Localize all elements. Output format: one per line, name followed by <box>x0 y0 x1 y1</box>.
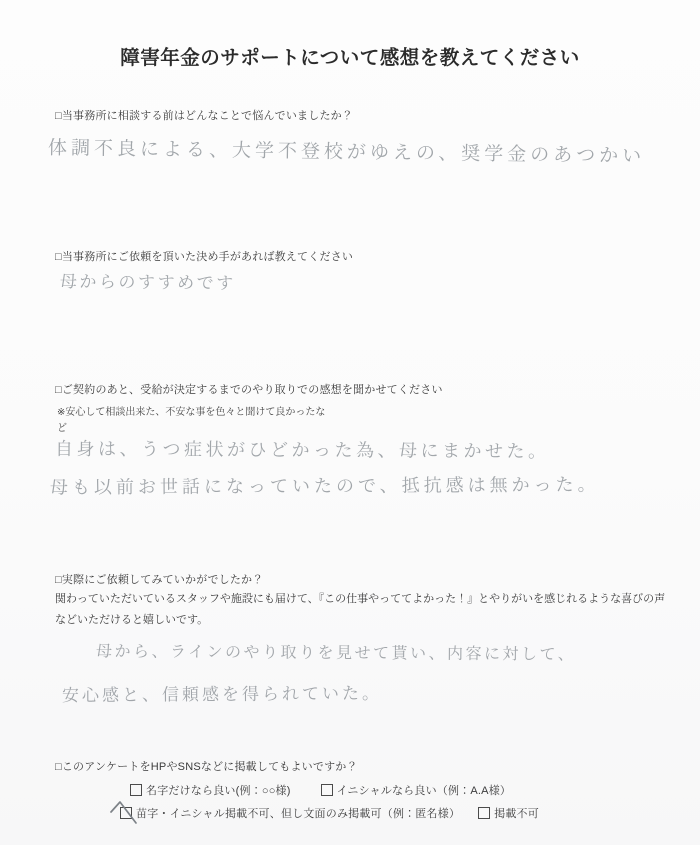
handwritten-answer-1: 体調不良による、大学不登校がゆえの、奨学金のあつかい <box>48 133 646 168</box>
handwritten-check-icon <box>109 799 139 827</box>
question-1-label: □当事務所に相談する前はどんなことで悩んでいましたか？ <box>55 107 353 123</box>
option-label: イニシャルなら良い（例：A.A様） <box>337 782 511 798</box>
option-name-only: 名字だけなら良い(例：○○様) <box>130 782 291 798</box>
checkbox-anonymous-text-only[interactable] <box>120 807 132 819</box>
question-2-label: □当事務所にご依頼を頂いた決め手があれば教えてください <box>55 248 353 264</box>
option-no-publish: 掲載不可 <box>478 805 539 821</box>
publish-options-row-2: 苗字・イニシャル掲載不可、但し文面のみ掲載可（例：匿名様） 掲載不可 <box>120 805 539 821</box>
option-label: 名字だけなら良い(例：○○様) <box>146 782 291 798</box>
handwritten-answer-2: 母からのすすめです <box>60 267 236 294</box>
checkbox-no-publish[interactable] <box>478 807 490 819</box>
option-anonymous-text-only: 苗字・イニシャル掲載不可、但し文面のみ掲載可（例：匿名様） <box>120 805 460 821</box>
handwritten-answer-4-line1: 母から、ラインのやり取りを見せて貰い、内容に対して、 <box>96 638 576 664</box>
option-initials-ok: イニシャルなら良い（例：A.A様） <box>321 782 511 798</box>
checkbox-initials-ok[interactable] <box>321 784 333 796</box>
survey-page: 障害年金のサポートについて感想を教えてください □当事務所に相談する前はどんなこ… <box>0 0 700 845</box>
question-3-note: ※安心して相談出来た、不安な事を色々と聞けて良かったなど <box>57 405 335 437</box>
handwritten-answer-3-line1: 自身は、うつ症状がひどかった為、母にまかせた。 <box>55 435 550 464</box>
page-title: 障害年金のサポートについて感想を教えてください <box>0 42 700 70</box>
question-4-description: 関わっていただいているスタッフや施設にも届けて、『この仕事やっててよかった！』と… <box>55 589 669 631</box>
checkbox-name-only[interactable] <box>130 784 142 796</box>
handwritten-answer-4-line2: 安心感と、信頼感を得られていた。 <box>62 679 382 706</box>
question-3-label: □ご契約のあと、受給が決定するまでのやり取りでの感想を聞かせてください <box>55 381 443 397</box>
option-label: 掲載不可 <box>494 805 539 821</box>
handwritten-answer-3-line2: 母も以前お世話になっていたので、抵抗感は無かった。 <box>50 471 600 500</box>
publish-options-row-1: 名字だけなら良い(例：○○様) イニシャルなら良い（例：A.A様） <box>130 782 511 798</box>
question-5-label: □このアンケートをHPやSNSなどに掲載してもよいですか？ <box>55 758 358 774</box>
question-4-label: □実際にご依頼してみていかがでしたか？ <box>55 571 263 587</box>
option-label: 苗字・イニシャル掲載不可、但し文面のみ掲載可（例：匿名様） <box>136 805 460 821</box>
